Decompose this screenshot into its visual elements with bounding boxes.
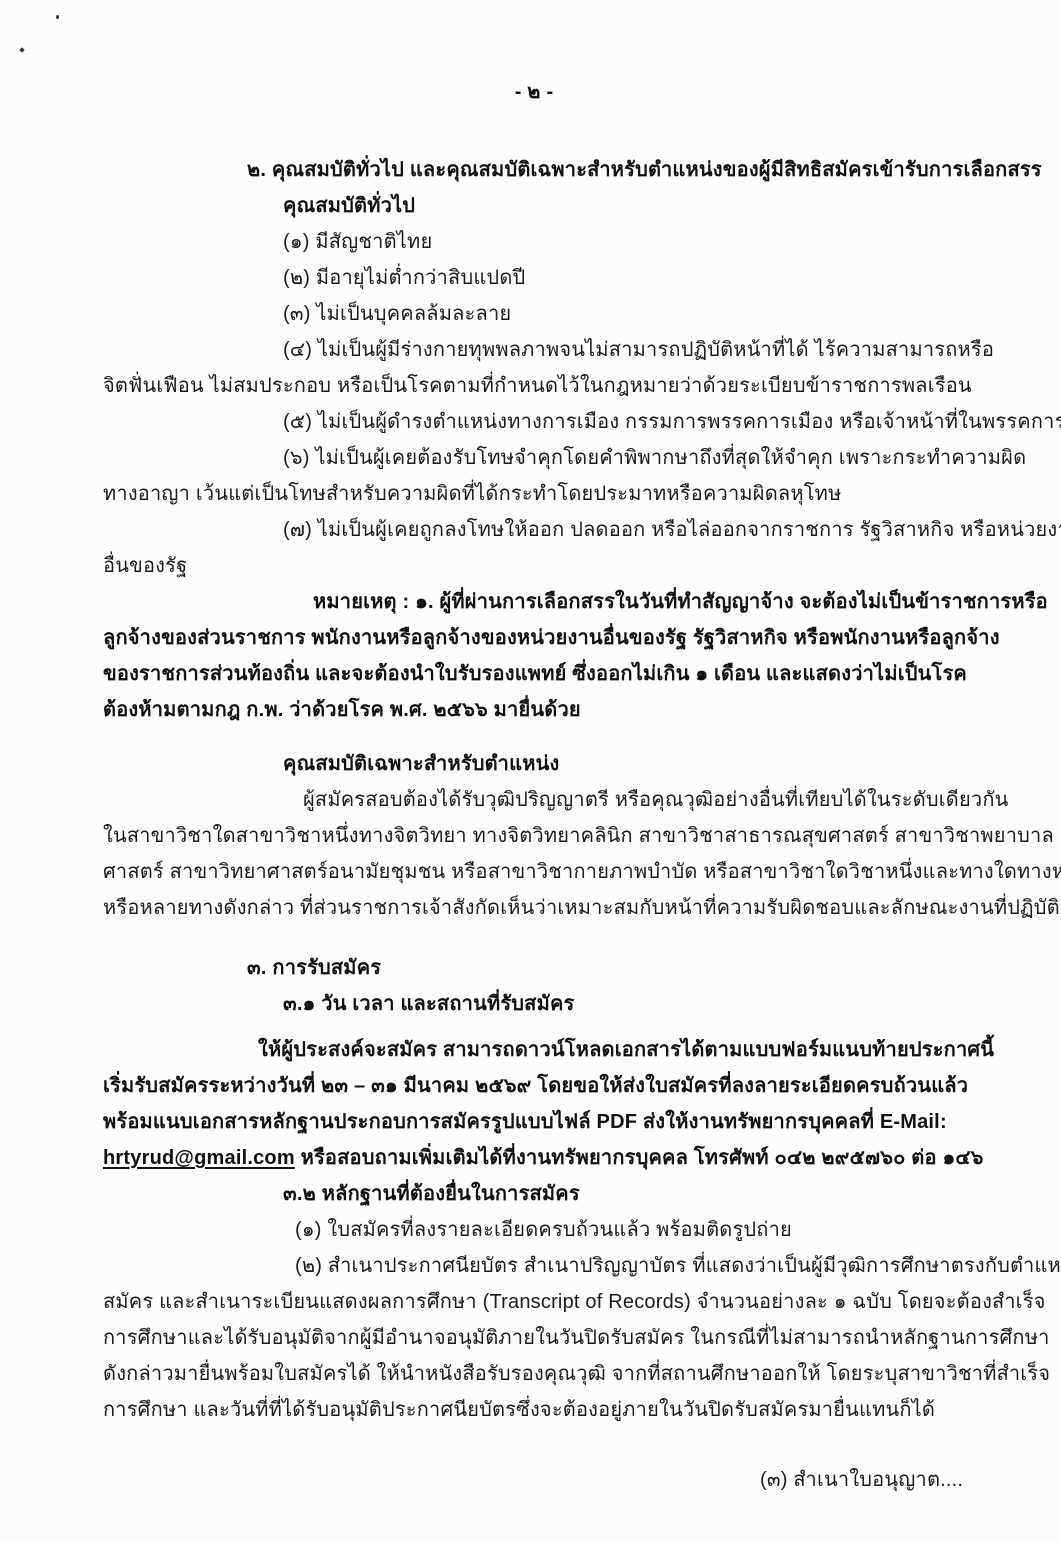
general-qualification-item-6: (๖) ไม่เป็นผู้เคยต้องรับโทษจำคุกโดยคำพิพ…: [283, 440, 965, 476]
section-2-heading: ๒. คุณสมบัติทั่วไป และคุณสมบัติเฉพาะสำหร…: [247, 152, 965, 188]
application-paragraph-line-4: hrtyrud@gmail.com หรือสอบถามเพิ่มเติมได้…: [103, 1140, 965, 1176]
application-paragraph-line-2: เริ่มรับสมัครระหว่างวันที่ ๒๓ – ๓๑ มีนาค…: [103, 1068, 965, 1104]
contact-phone-text: หรือสอบถามเพิ่มเติมได้ที่งานทรัพยากรบุคค…: [295, 1147, 984, 1169]
document-page: - ๒ - ๒. คุณสมบัติทั่วไป และคุณสมบัติเฉพ…: [0, 0, 1061, 1542]
general-qualification-item-4-cont: จิตฟั่นเฟือน ไม่สมประกอบ หรือเป็นโรคตามท…: [103, 368, 965, 404]
general-qualifications-heading: คุณสมบัติทั่วไป: [283, 188, 965, 224]
general-qualification-item-6-cont: ทางอาญา เว้นแต่เป็นโทษสำหรับความผิดที่ได…: [103, 476, 965, 512]
general-qualification-item-2: (๒) มีอายุไม่ต่ำกว่าสิบแปดปี: [283, 260, 965, 296]
page-catchword: (๓) สำเนาใบอนุญาต....: [760, 1462, 965, 1498]
note-line-3: ของราชการส่วนท้องถิ่น และจะต้องนำใบรับรอ…: [103, 656, 965, 692]
section-3-heading: ๓. การรับสมัคร: [247, 950, 965, 986]
section-3-1-heading: ๓.๑ วัน เวลา และสถานที่รับสมัคร: [283, 986, 965, 1022]
application-paragraph-line-3: พร้อมแนบเอกสารหลักฐานประกอบการสมัครรูปแบ…: [103, 1104, 965, 1140]
general-qualification-item-5: (๕) ไม่เป็นผู้ดำรงตำแหน่งทางการเมือง กรร…: [283, 404, 965, 440]
general-qualification-item-7-cont: อื่นของรัฐ: [103, 548, 965, 584]
document-requirement-item-2-cont-4: การศึกษา และวันที่ที่ได้รับอนุมัติประกาศ…: [103, 1392, 965, 1428]
scan-speck: [19, 47, 25, 53]
section-3-2-heading: ๓.๒ หลักฐานที่ต้องยื่นในการสมัคร: [283, 1176, 965, 1212]
document-requirement-item-2: (๒) สำเนาประกาศนียบัตร สำเนาปริญญาบัตร ท…: [295, 1248, 965, 1284]
applicant-email: hrtyrud@gmail.com: [103, 1147, 295, 1169]
specific-qualification-line-3: ศาสตร์ สาขาวิทยาศาสตร์อนามัยชุมชน หรือสา…: [103, 854, 965, 890]
general-qualification-item-7: (๗) ไม่เป็นผู้เคยถูกลงโทษให้ออก ปลดออก ห…: [283, 512, 965, 548]
note-line-2: ลูกจ้างของส่วนราชการ พนักงานหรือลูกจ้างข…: [103, 620, 965, 656]
page-number: - ๒ -: [103, 74, 965, 110]
note-line-4: ต้องห้ามตามกฎ ก.พ. ว่าด้วยโรค พ.ศ. ๒๕๖๖ …: [103, 692, 965, 728]
document-requirement-item-2-cont-3: ดังกล่าวมายื่นพร้อมใบสมัครได้ ให้นำหนังส…: [103, 1356, 965, 1392]
document-requirement-item-1: (๑) ใบสมัครที่ลงรายละเอียดครบถ้วนแล้ว พร…: [295, 1212, 965, 1248]
general-qualification-item-4: (๔) ไม่เป็นผู้มีร่างกายทุพพลภาพจนไม่สามา…: [283, 332, 965, 368]
document-requirement-item-2-cont-1: สมัคร และสำเนาระเบียนแสดงผลการศึกษา (Tra…: [103, 1284, 965, 1320]
general-qualification-item-1: (๑) มีสัญชาติไทย: [283, 224, 965, 260]
specific-qualification-line-2: ในสาขาวิชาใดสาขาวิชาหนึ่งทางจิตวิทยา ทาง…: [103, 818, 965, 854]
scan-speck: [56, 15, 59, 19]
specific-qualifications-heading: คุณสมบัติเฉพาะสำหรับตำแหน่ง: [283, 746, 965, 782]
general-qualification-item-3: (๓) ไม่เป็นบุคคลล้มละลาย: [283, 296, 965, 332]
application-paragraph-line-1: ให้ผู้ประสงค์จะสมัคร สามารถดาวน์โหลดเอกส…: [258, 1032, 965, 1068]
note-line-1: หมายเหตุ : ๑. ผู้ที่ผ่านการเลือกสรรในวัน…: [313, 584, 965, 620]
document-requirement-item-2-cont-2: การศึกษาและได้รับอนุมัติจากผู้มีอำนาจอนุ…: [103, 1320, 965, 1356]
specific-qualification-line-1: ผู้สมัครสอบต้องได้รับวุฒิปริญญาตรี หรือค…: [303, 782, 965, 818]
specific-qualification-line-4: หรือหลายทางดังกล่าว ที่ส่วนราชการเจ้าสัง…: [103, 890, 965, 926]
